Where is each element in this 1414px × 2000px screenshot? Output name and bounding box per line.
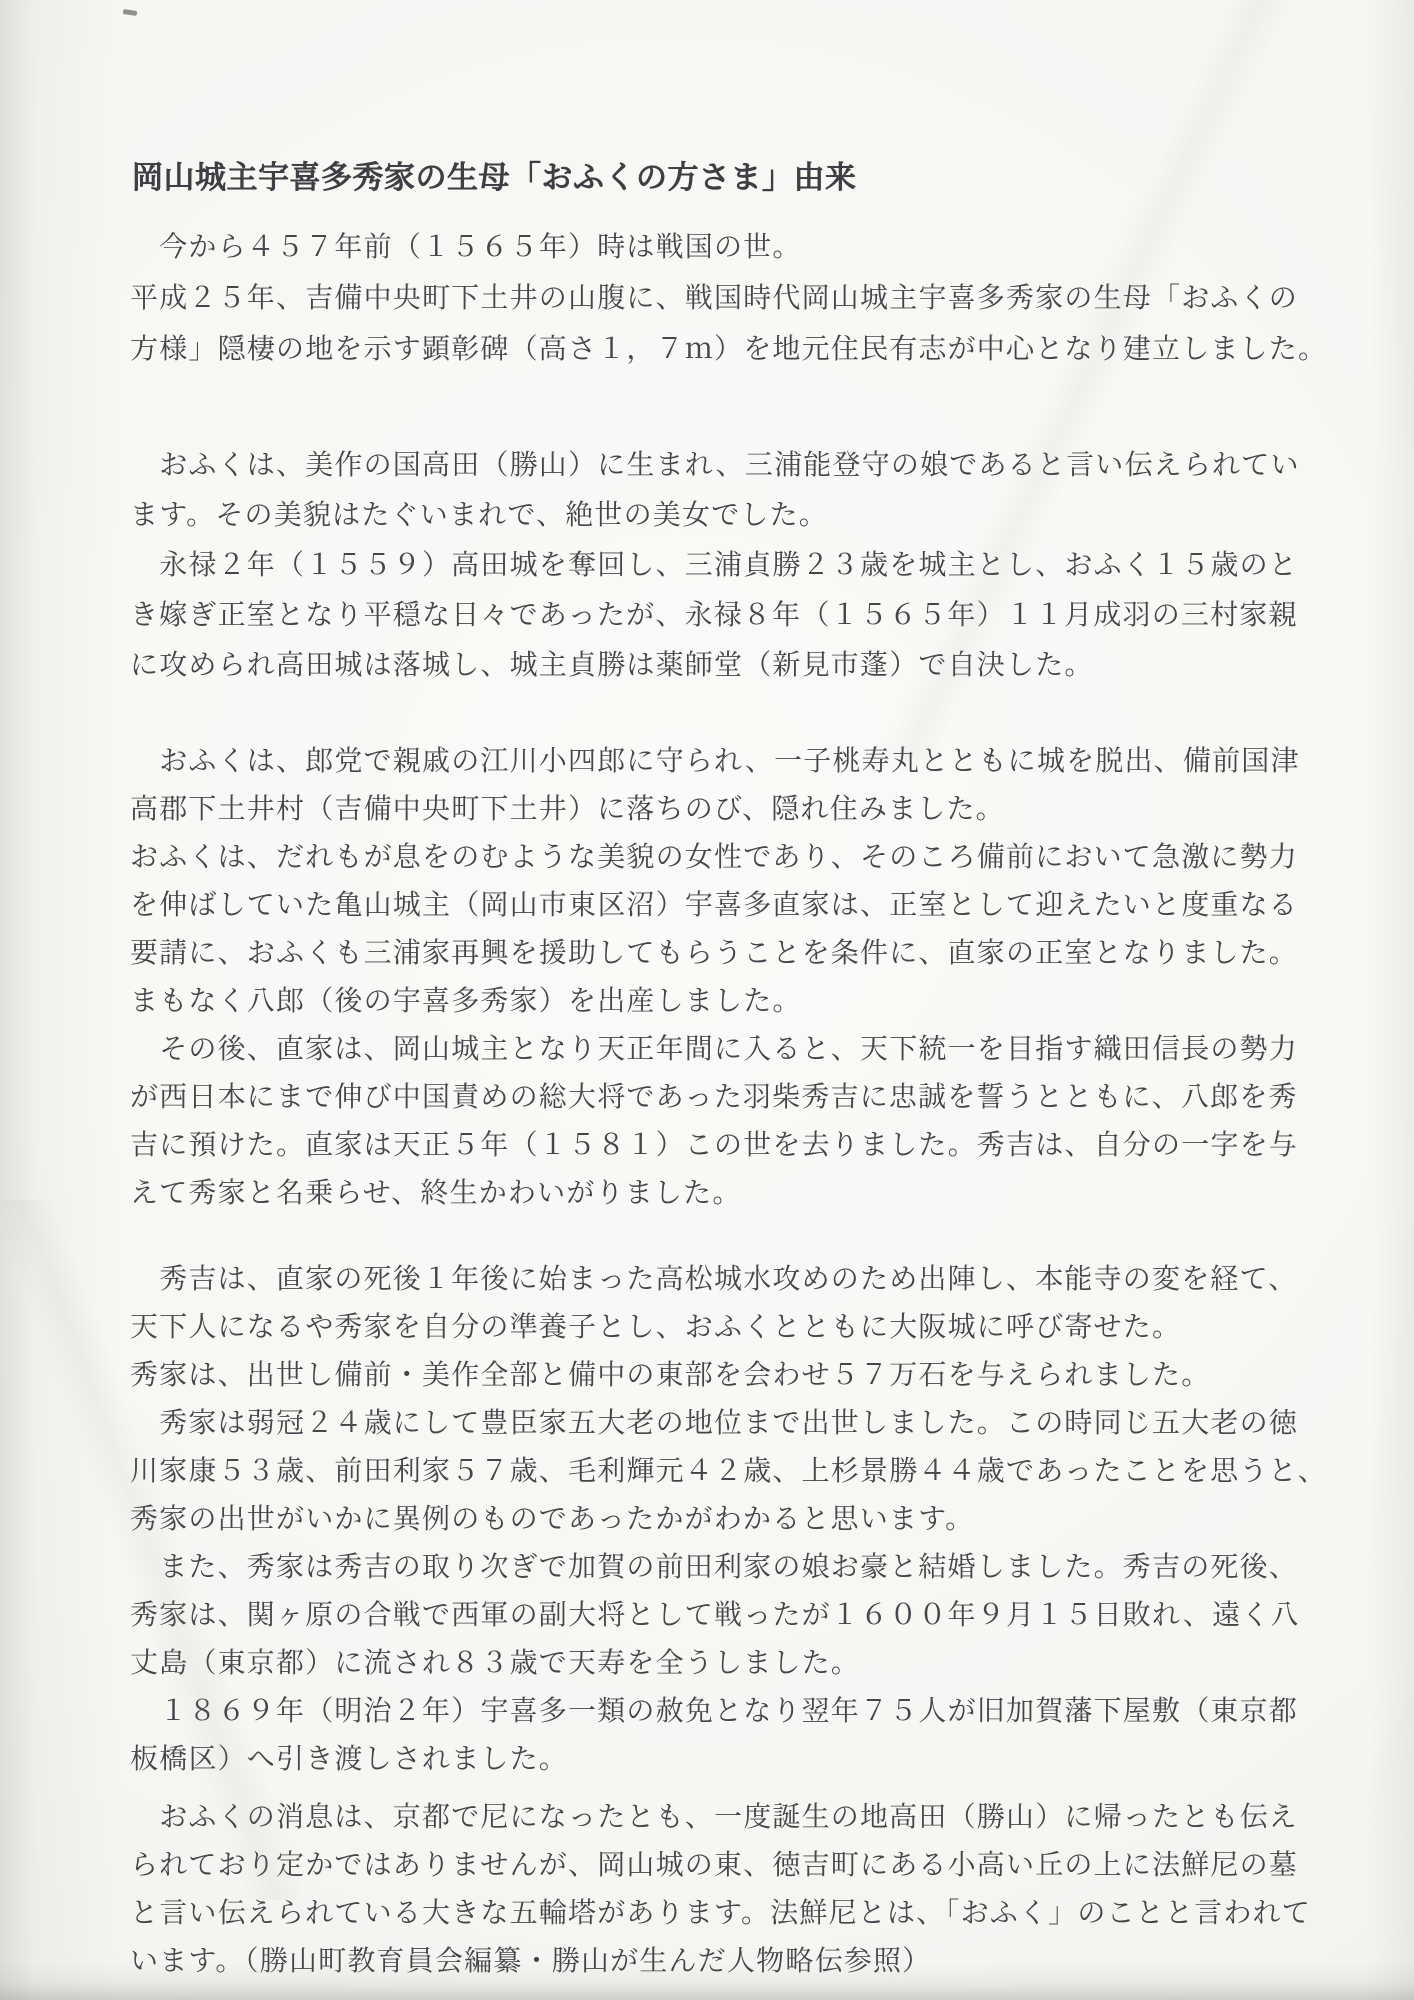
text-line: おふくは、郎党で親戚の江川小四郎に守られ、一子桃寿丸とともに城を脱出、備前国津 bbox=[130, 738, 1330, 786]
text-line: おふくは、だれもが息をのむような美貌の女性であり、そのころ備前において急激に勢力 bbox=[130, 834, 1330, 882]
paragraph-block: 今から４５７年前（１５６５年）時は戦国の世。平成２５年、吉備中央町下土井の山腹に… bbox=[130, 222, 1330, 375]
text-line: 秀家は、出世し備前・美作全部と備中の東部を会わせ５７万石を与えられました。 bbox=[130, 1352, 1330, 1400]
paragraph-block: おふくの消息は、京都で尼になったとも、一度誕生の地高田（勝山）に帰ったとも伝えら… bbox=[130, 1794, 1330, 1986]
text-line: 秀吉は、直家の死後１年後に始まった高松城水攻めのため出陣し、本能寺の変を経て、 bbox=[130, 1256, 1330, 1304]
text-line: 方様」隠棲の地を示す顕彰碑（高さ１，７ｍ）を地元住民有志が中心となり建立しました… bbox=[130, 324, 1330, 375]
text-line: まもなく八郎（後の宇喜多秀家）を出産しました。 bbox=[130, 978, 1330, 1026]
text-line: 天下人になるや秀家を自分の準養子とし、おふくとともに大阪城に呼び寄せた。 bbox=[130, 1304, 1330, 1352]
text-line: が西日本にまで伸び中国責めの総大将であった羽柴秀吉に忠誠を誓うとともに、八郎を秀 bbox=[130, 1074, 1330, 1122]
text-line: おふくは、美作の国高田（勝山）に生まれ、三浦能登守の娘であると言い伝えられてい bbox=[130, 441, 1330, 491]
text-line: を伸ばしていた亀山城主（岡山市東区沼）宇喜多直家は、正室として迎えたいと度重なる bbox=[130, 882, 1330, 930]
text-line: 今から４５７年前（１５６５年）時は戦国の世。 bbox=[130, 222, 1330, 273]
paragraph-block: おふくは、郎党で親戚の江川小四郎に守られ、一子桃寿丸とともに城を脱出、備前国津高… bbox=[130, 738, 1330, 1218]
text-line: えて秀家と名乗らせ、終生かわいがりました。 bbox=[130, 1170, 1330, 1218]
text-line: 板橋区）へ引き渡しされました。 bbox=[130, 1736, 1330, 1784]
text-line: 秀家は弱冠２４歳にして豊臣家五大老の地位まで出世しました。この時同じ五大老の徳 bbox=[130, 1400, 1330, 1448]
scanned-page: 岡山城主宇喜多秀家の生母「おふくの方さま」由来 今から４５７年前（１５６５年）時… bbox=[0, 0, 1414, 2000]
paragraph-block: 秀吉は、直家の死後１年後に始まった高松城水攻めのため出陣し、本能寺の変を経て、天… bbox=[130, 1256, 1330, 1784]
text-line: と言い伝えられている大きな五輪塔があります。法鮮尼とは、「おふく」のことと言われ… bbox=[130, 1890, 1330, 1938]
text-line: 高郡下土井村（吉備中央町下土井）に落ちのび、隠れ住みました。 bbox=[130, 786, 1330, 834]
document-body: 今から４５７年前（１５６５年）時は戦国の世。平成２５年、吉備中央町下土井の山腹に… bbox=[0, 0, 1414, 2000]
text-line: 永禄２年（１５５９）高田城を奪回し、三浦貞勝２３歳を城主とし、おふく１５歳のと bbox=[130, 541, 1330, 591]
text-line: います。（勝山町教育員会編纂・勝山が生んだ人物略伝参照） bbox=[130, 1938, 1330, 1986]
text-line: また、秀家は秀吉の取り次ぎで加賀の前田利家の娘お豪と結婚しました。秀吉の死後、 bbox=[130, 1544, 1330, 1592]
text-line: 要請に、おふくも三浦家再興を援助してもらうことを条件に、直家の正室となりました。 bbox=[130, 930, 1330, 978]
text-line: に攻められ高田城は落城し、城主貞勝は薬師堂（新見市蓬）で自決した。 bbox=[130, 641, 1330, 691]
text-line: き嫁ぎ正室となり平穏な日々であったが、永禄８年（１５６５年）１１月成羽の三村家親 bbox=[130, 591, 1330, 641]
paragraph-block: おふくは、美作の国高田（勝山）に生まれ、三浦能登守の娘であると言い伝えられていま… bbox=[130, 441, 1330, 691]
text-line: 秀家の出世がいかに異例のものであったかがわかると思います。 bbox=[130, 1496, 1330, 1544]
text-line: 平成２５年、吉備中央町下土井の山腹に、戦国時代岡山城主宇喜多秀家の生母「おふくの bbox=[130, 273, 1330, 324]
text-line: １８６９年（明治２年）宇喜多一類の赦免となり翌年７５人が旧加賀藩下屋敷（東京都 bbox=[130, 1688, 1330, 1736]
text-line: ます。その美貌はたぐいまれで、絶世の美女でした。 bbox=[130, 491, 1330, 541]
text-line: 秀家は、関ヶ原の合戦で西軍の副大将として戦ったが１６００年９月１５日敗れ、遠く八 bbox=[130, 1592, 1330, 1640]
text-line: おふくの消息は、京都で尼になったとも、一度誕生の地高田（勝山）に帰ったとも伝え bbox=[130, 1794, 1330, 1842]
text-line: られており定かではありませんが、岡山城の東、徳吉町にある小高い丘の上に法鮮尼の墓 bbox=[130, 1842, 1330, 1890]
text-line: 丈島（東京都）に流され８３歳で天寿を全うしました。 bbox=[130, 1640, 1330, 1688]
text-line: 吉に預けた。直家は天正５年（１５８１）この世を去りました。秀吉は、自分の一字を与 bbox=[130, 1122, 1330, 1170]
text-line: その後、直家は、岡山城主となり天正年間に入ると、天下統一を目指す織田信長の勢力 bbox=[130, 1026, 1330, 1074]
text-line: 川家康５３歳、前田利家５７歳、毛利輝元４２歳、上杉景勝４４歳であったことを思うと… bbox=[130, 1448, 1330, 1496]
